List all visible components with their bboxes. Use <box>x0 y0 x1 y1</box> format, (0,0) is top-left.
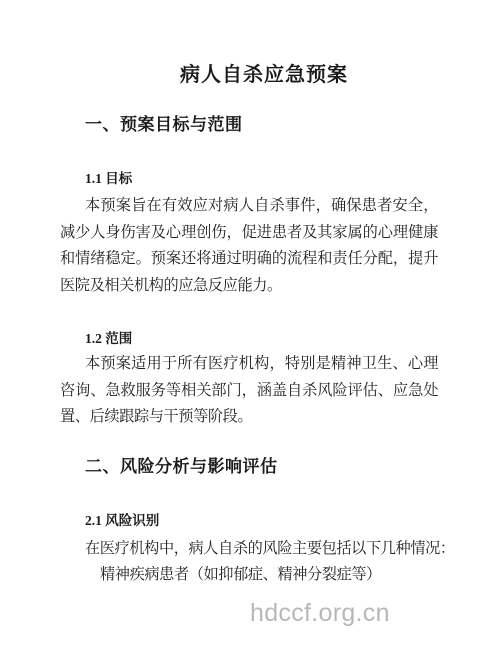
risk-list-item: 精神疾病患者（如抑郁症、精神分裂症等） <box>100 563 381 585</box>
subsection-heading-1-1: 1.1 目标 <box>85 170 132 188</box>
document-title: 病人自杀应急预案 <box>0 62 500 86</box>
section-heading-2: 二、风险分析与影响评估 <box>85 456 278 478</box>
risk-intro-text: 在医疗机构中，病人自杀的风险主要包括以下几种情况： <box>85 537 455 559</box>
watermark-text: hdccf.org.cn <box>250 598 390 628</box>
section-heading-1: 一、预案目标与范围 <box>85 114 243 136</box>
paragraph-scope: 本预案适用于所有医疗机构，特别是精神卫生、心理咨询、急救服务等相关部门，涵盖自杀… <box>60 350 438 430</box>
subsection-heading-1-2: 1.2 范围 <box>85 330 132 348</box>
document-page: 病人自杀应急预案 一、预案目标与范围 1.1 目标 本预案旨在有效应对病人自杀事… <box>0 0 500 647</box>
paragraph-goal: 本预案旨在有效应对病人自杀事件，确保患者安全，减少人身伤害及心理创伤，促进患者及… <box>60 192 438 299</box>
subsection-heading-2-1: 2.1 风险识别 <box>85 512 159 530</box>
